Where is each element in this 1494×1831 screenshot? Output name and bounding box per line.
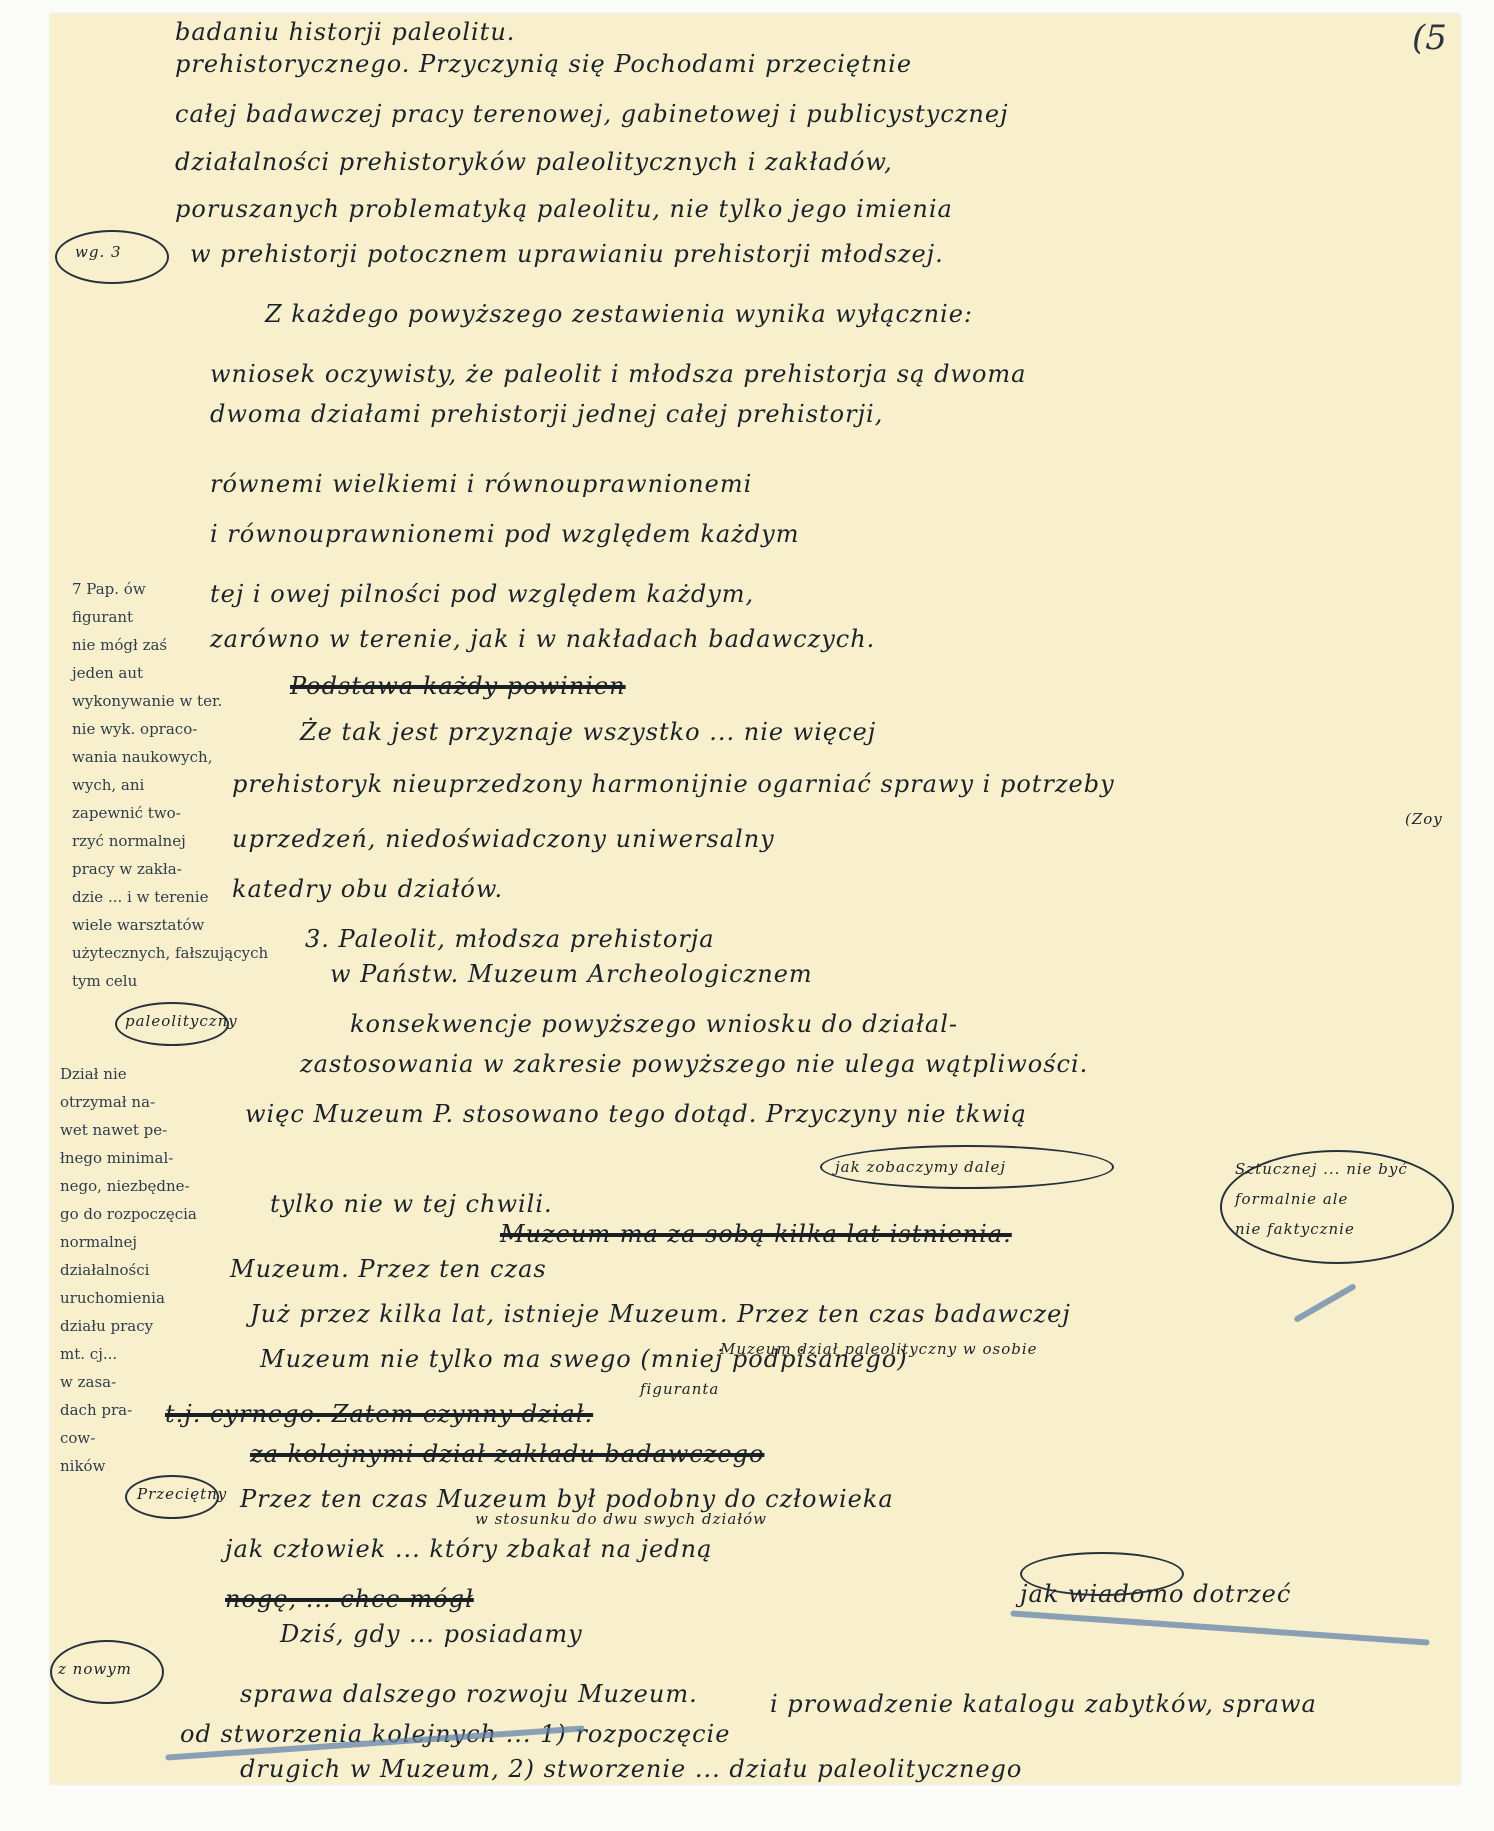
line: jak człowiek ... który zbakał na jedną	[225, 1535, 712, 1563]
margin-line: mt. cj...	[60, 1340, 220, 1368]
section-heading: 3. Paleolit, młodsza prehistorja	[305, 925, 715, 953]
line: prehistoryk nieuprzedzony harmonijnie og…	[232, 770, 1115, 798]
margin-line: zapewnić two-	[72, 799, 232, 827]
line: konsekwencje powyższego wniosku do dział…	[350, 1010, 958, 1038]
margin-line: dzie ... i w terenie	[72, 883, 232, 911]
line: Dziś, gdy ... posiadamy	[280, 1620, 583, 1648]
line: równemi wielkiemi i równouprawnionemi	[210, 470, 752, 498]
margin-line: figurant	[72, 603, 232, 631]
margin-line: wiele warsztatów	[72, 911, 232, 939]
margin-line: pracy w zakła-	[72, 855, 232, 883]
line: t.j. cyrnego. Zatem czynny dział.	[165, 1400, 593, 1428]
margin-line: dach pra-	[60, 1396, 220, 1424]
circled-phrase	[820, 1145, 1114, 1189]
line: Z każdego powyższego zestawienia wynika …	[265, 300, 973, 328]
margin-line: użytecznych, fałszujących	[72, 939, 232, 967]
line: całej badawczej pracy terenowej, gabinet…	[175, 100, 1009, 128]
line: w prehistorji potocznem uprawianiu prehi…	[190, 240, 944, 268]
section-heading: w Państw. Muzeum Archeologicznem	[330, 960, 813, 988]
margin-line: formalnie ale	[1235, 1190, 1348, 1208]
line: za kolejnymi dział zakładu badawczego	[250, 1440, 764, 1468]
circled-note-text: z nowym	[58, 1660, 132, 1678]
margin-line: tym celu	[72, 967, 232, 995]
line: badaniu historji paleolitu.	[175, 18, 515, 46]
margin-line: wykonywanie w ter.	[72, 687, 232, 715]
line: dwoma działami prehistorji jednej całej …	[210, 400, 883, 428]
line: zarówno w terenie, jak i w nakładach bad…	[210, 625, 875, 653]
margin-line: łnego minimal-	[60, 1144, 220, 1172]
line: Że tak jest przyznaje wszystko ... nie w…	[300, 718, 876, 746]
margin-line: nie wyk. opraco-	[72, 715, 232, 743]
margin-line: uruchomienia	[60, 1284, 220, 1312]
line: tylko nie w tej chwili.	[270, 1190, 553, 1218]
circled-note-text: Przeciętny	[137, 1485, 227, 1503]
circled-phrase	[1020, 1552, 1184, 1596]
line: i równouprawnionemi pod względem każdym	[210, 520, 800, 548]
line: uprzedzeń, niedoświadczony uniwersalny	[232, 825, 775, 853]
margin-line: ników	[60, 1452, 220, 1480]
margin-line: otrzymał na-	[60, 1088, 220, 1116]
line: więc Muzeum P. stosowano tego dotąd. Prz…	[245, 1100, 1027, 1128]
margin-note-column-2: Dział nie otrzymał na- wet nawet pe- łne…	[60, 1060, 220, 1480]
line: Przez ten czas Muzeum był podobny do czł…	[240, 1485, 894, 1513]
line: Podstawa każdy powinien	[290, 672, 626, 700]
margin-line: Sztucznej ... nie być	[1235, 1160, 1408, 1178]
bracket-note: (Zoy	[1405, 810, 1443, 828]
margin-line: w zasa-	[60, 1368, 220, 1396]
line: prehistorycznego. Przyczynią się Pochoda…	[175, 50, 912, 78]
line: i prowadzenie katalogu zabytków, sprawa	[770, 1690, 1317, 1718]
line: Już przez kilka lat, istnieje Muzeum. Pr…	[250, 1300, 1071, 1328]
line: Muzeum. Przez ten czas	[230, 1255, 547, 1283]
line: działalności prehistoryków paleolityczny…	[175, 148, 893, 176]
margin-line: działalności	[60, 1256, 220, 1284]
margin-reference: wg. 3	[75, 243, 122, 261]
line: zastosowania w zakresie powyższego nie u…	[300, 1050, 1088, 1078]
inserted-note: figuranta	[640, 1380, 719, 1398]
margin-line: 7 Pap. ów	[72, 575, 232, 603]
margin-line: nie faktycznie	[1235, 1220, 1355, 1238]
margin-line: go do rozpoczęcia	[60, 1200, 220, 1228]
margin-line: jeden aut	[72, 659, 232, 687]
line: Muzeum ma za sobą kilka lat istnienia.	[500, 1220, 1012, 1248]
margin-line: nie mógł zaś	[72, 631, 232, 659]
margin-line: rzyć normalnej	[72, 827, 232, 855]
line: drugich w Muzeum, 2) stworzenie ... dzia…	[240, 1755, 1022, 1783]
line: Muzeum nie tylko ma swego (mniej podpisa…	[260, 1345, 908, 1373]
margin-line: wet nawet pe-	[60, 1116, 220, 1144]
margin-line: cow-	[60, 1424, 220, 1452]
page-number: (5	[1412, 18, 1447, 58]
line: poruszanych problematyką paleolitu, nie …	[175, 195, 953, 223]
line: katedry obu działów.	[232, 875, 503, 903]
margin-line: działu pracy	[60, 1312, 220, 1340]
circled-note-text: paleolityczny	[125, 1012, 238, 1030]
margin-line: wych, ani	[72, 771, 232, 799]
line: sprawa dalszego rozwoju Muzeum.	[240, 1680, 698, 1708]
margin-note-column-1: 7 Pap. ów figurant nie mógł zaś jeden au…	[72, 575, 232, 995]
line: tej i owej pilności pod względem każdym,	[210, 580, 754, 608]
margin-line: nego, niezbędne-	[60, 1172, 220, 1200]
inserted-note: w stosunku do dwu swych działów	[475, 1510, 767, 1528]
margin-line: wania naukowych,	[72, 743, 232, 771]
margin-line: normalnej	[60, 1228, 220, 1256]
margin-line: Dział nie	[60, 1060, 220, 1088]
line: wniosek oczywisty, że paleolit i młodsza…	[210, 360, 1026, 388]
line: nogę, ... chce mógł	[225, 1585, 474, 1613]
